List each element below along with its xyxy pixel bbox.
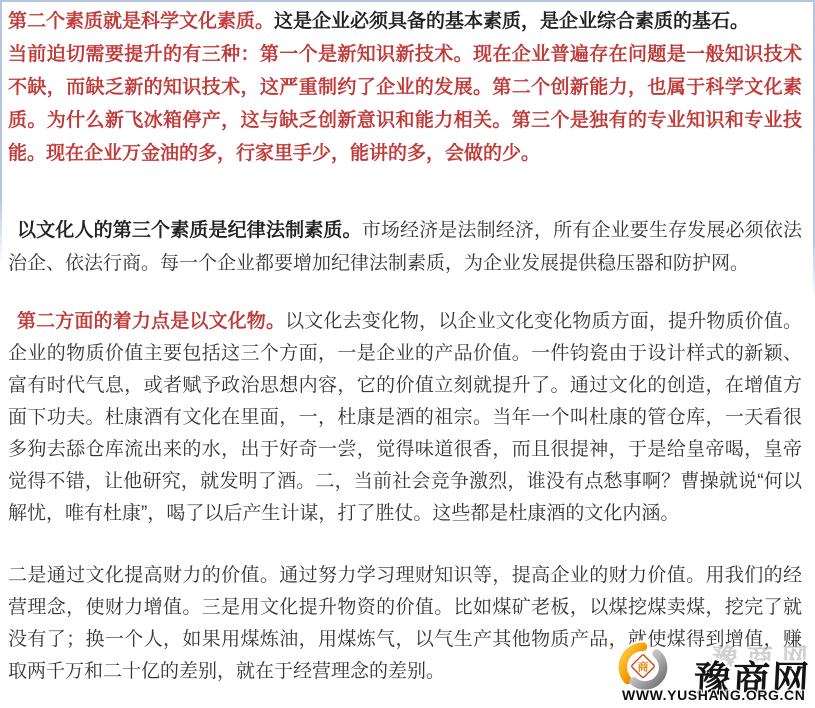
article-body: 第二个素质就是科学文化素质。这是企业必须具备的基本素质，是企业综合素质的基石。 … [8, 5, 802, 688]
intro-sentence-black: 这是企业必须具备的基本素质，是企业综合素质的基石。 [274, 11, 749, 32]
yushang-watermark: 豫商网 [614, 630, 815, 708]
watermark-site-url: WWW.YUSHANG.ORG.CN [622, 687, 805, 703]
page-left-border [0, 0, 2, 265]
red-paragraph-text: 当前迫切需要提升的有三种：第一个是新知识新技术。现在企业普遍存在问题是一般知识技… [8, 44, 802, 164]
paragraph-red-block: 当前迫切需要提升的有三种：第一个是新知识新技术。现在企业普遍存在问题是一般知识技… [8, 38, 802, 170]
paragraph-intro: 第二个素质就是科学文化素质。这是企业必须具备的基本素质，是企业综合素质的基石。 [8, 5, 802, 38]
lead-sentence-red: 第二个素质就是科学文化素质。 [8, 11, 274, 32]
article-page: 第二个素质就是科学文化素质。这是企业必须具备的基本素质，是企业综合素质的基石。 … [0, 0, 815, 708]
paragraph-culture-things: 第二方面的着力点是以文化物。以文化去变化物，以企业文化变化物质方面，提升物质价值… [8, 306, 802, 530]
yushang-logo-swirl-icon: 商 [614, 640, 672, 694]
paragraph-discipline: 以文化人的第三个素质是纪律法制素质。市场经济是法制经济，所有企业要生存发展必须依… [8, 214, 802, 280]
logo-glyph: 商 [638, 659, 649, 673]
page-top-border [0, 0, 815, 2]
culture-things-body-text: 以文化去变化物，以企业文化变化物质方面，提升物质价值。企业的物质价值主要包括这三… [8, 311, 802, 524]
discipline-lead-bold: 以文化人的第三个素质是纪律法制素质。 [17, 220, 362, 241]
culture-things-lead-red: 第二方面的着力点是以文化物。 [17, 311, 285, 332]
